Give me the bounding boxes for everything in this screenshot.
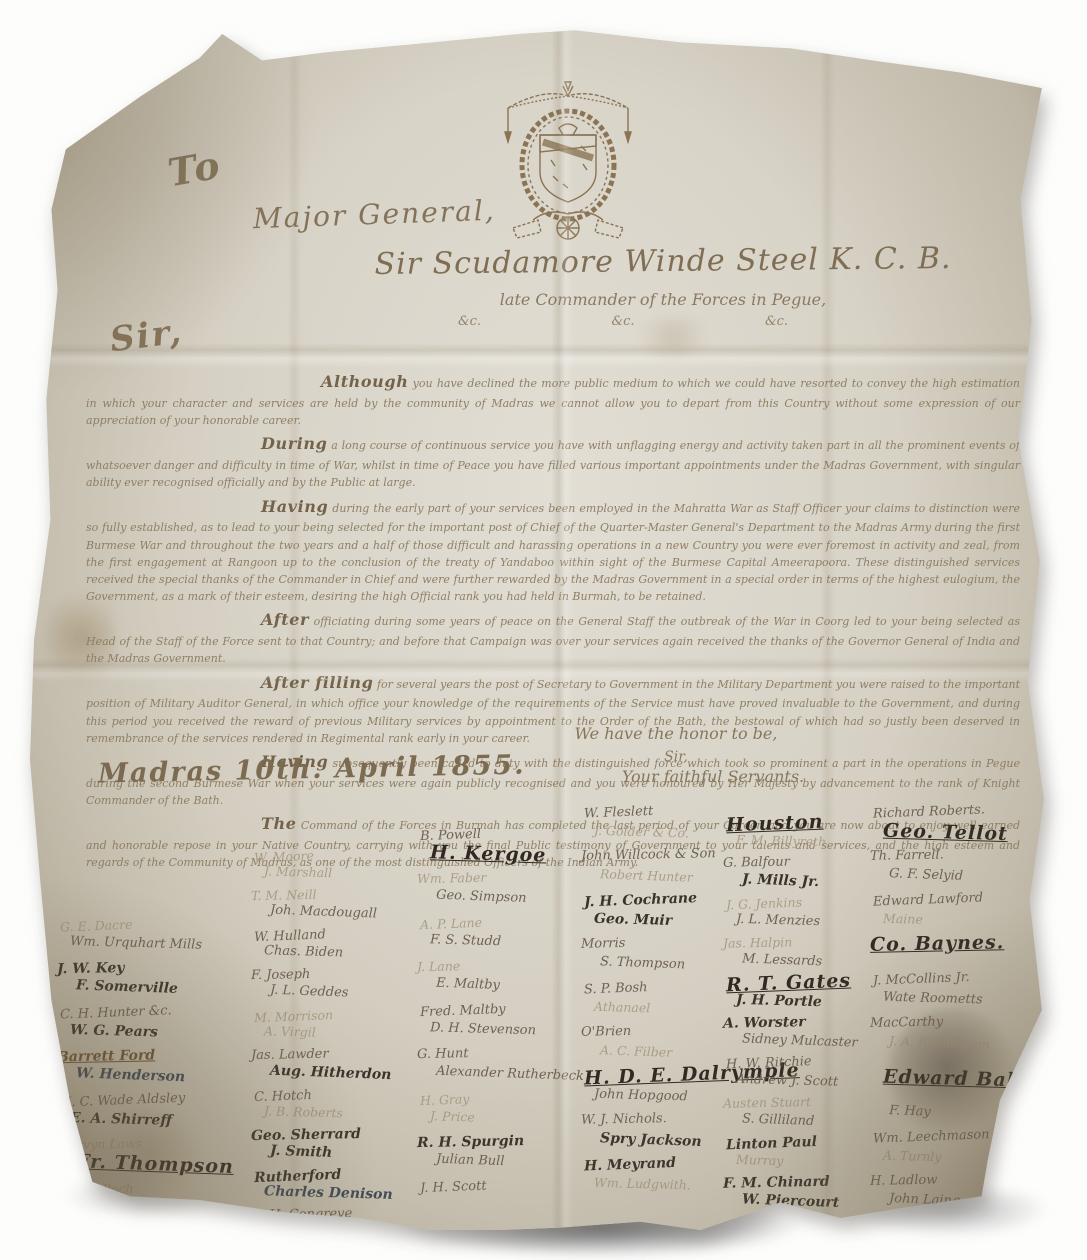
paragraph-text: during the early part of your services b… — [86, 502, 1020, 604]
addressee-title: late Commander of the Forces in Pegue, — [278, 290, 1048, 309]
paragraph-lead-word: Although — [321, 372, 408, 391]
parchment-wrapper: To Major General, Sir Scudamore Winde St… — [0, 0, 1087, 1260]
paragraph-text: officiating during some years of peace o… — [86, 615, 1020, 665]
paragraph-lead-word: Having — [261, 497, 328, 516]
paragraph: Although you have declined the more publ… — [86, 370, 1020, 429]
paragraph-lead-word: During — [261, 434, 327, 453]
etcetera-mark: &c. — [612, 314, 635, 329]
paragraph-lead-word: After — [261, 610, 309, 629]
paragraph: After officiating during some years of p… — [86, 608, 1020, 667]
closing-line-1: We have the honor to be, — [496, 724, 856, 743]
etcetera-mark: &c. — [458, 314, 481, 329]
paragraph: Having during the early part of your ser… — [86, 495, 1020, 606]
closing-line-3: Your faithful Servants. — [533, 767, 893, 786]
signature: John Laing — [889, 1188, 1080, 1217]
coat-of-arms-crest — [493, 80, 643, 260]
address-to-flourish: To — [164, 142, 224, 196]
paragraph-text: you have declined the more public medium… — [86, 377, 1020, 427]
photo-backdrop: To Major General, Sir Scudamore Winde St… — [0, 0, 1087, 1260]
paragraph-lead-word: The — [261, 814, 297, 833]
etcetera-row: &c. &c. &c. — [458, 314, 788, 329]
paragraph-text: a long course of continuous service you … — [86, 439, 1020, 489]
addressee-rank: Major General, — [252, 194, 496, 235]
signature: G. H. Congreve — [251, 1202, 466, 1226]
addressee-name: Sir Scudamore Winde Steel K. C. B. — [278, 240, 1048, 283]
etcetera-mark: &c. — [765, 314, 788, 329]
salutation: Sir, — [108, 312, 185, 361]
body-paragraphs: Although you have declined the more publ… — [86, 370, 1020, 874]
paragraph-lead-word: After filling — [261, 673, 373, 692]
signature-column-6: Richard Roberts.Geo. TellotTh. Farrell.G… — [873, 800, 1063, 1213]
paragraph: During a long course of continuous servi… — [86, 432, 1020, 491]
parchment-document: To Major General, Sir Scudamore Winde St… — [28, 28, 1050, 1230]
closing-line-2: Sir, — [496, 749, 856, 765]
